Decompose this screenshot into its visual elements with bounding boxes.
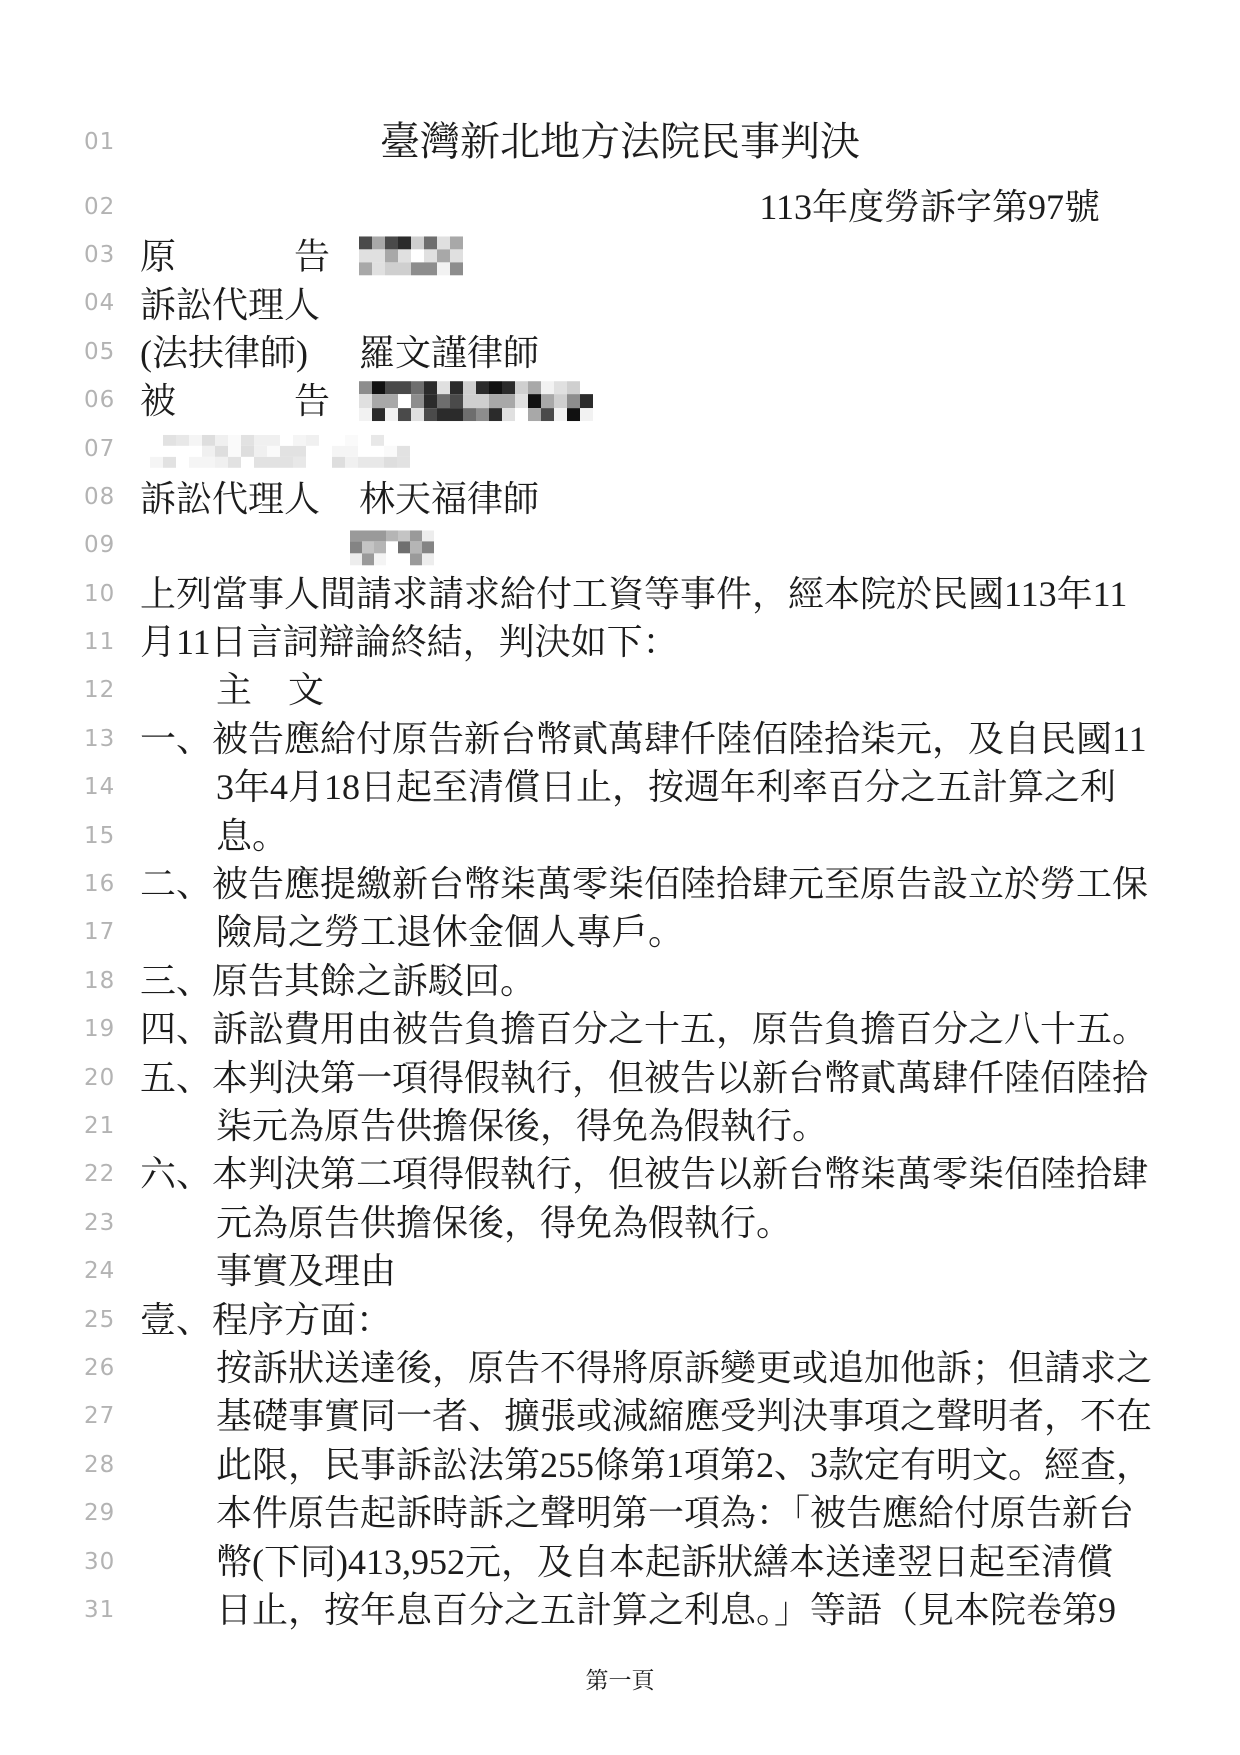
body-text: 月11日言詞辯論終結，判決如下： <box>140 624 1100 660</box>
doc-row-13: 13 一、被告應給付原告新台幣貳萬肆仟陸佰陸拾柒元，及自民國11 <box>0 715 1240 763</box>
body-text: 按訴狀送達後，原告不得將原訴變更或追加他訴；但請求之 <box>140 1350 1100 1386</box>
redacted-plaintiff-name <box>359 237 463 276</box>
body-text: 三、原告其餘之訴駁回。 <box>140 963 1100 999</box>
doc-row-23: 23 元為原告供擔保後，得免為假執行。 <box>0 1199 1240 1247</box>
page-footer: 第一頁 <box>0 1662 1240 1695</box>
line-number: 30 <box>84 1549 115 1575</box>
document-title: 臺灣新北地方法院民事判決 <box>380 119 860 164</box>
doc-row-29: 29 本件原告起訴時訴之聲明第一項為：「被告應給付原告新台 <box>0 1489 1240 1537</box>
doc-row-26: 26 按訴狀送達後，原告不得將原訴變更或追加他訴；但請求之 <box>0 1344 1240 1392</box>
body-text: 元為原告供擔保後，得免為假執行。 <box>140 1205 1100 1241</box>
body-text: 息。 <box>140 818 1100 854</box>
party-label-legal-aid: (法扶律師) <box>140 336 330 372</box>
line-number: 02 <box>84 194 115 220</box>
redacted-defendant-name <box>359 381 599 421</box>
line-number: 24 <box>84 1258 115 1284</box>
line-number: 01 <box>84 129 115 155</box>
line-number: 11 <box>84 629 115 655</box>
doc-row-03: 03 原告 <box>0 231 1240 279</box>
body-text: 本件原告起訴時訴之聲明第一項為：「被告應給付原告新台 <box>140 1495 1100 1531</box>
doc-row-04: 04 訴訟代理人 <box>0 279 1240 327</box>
doc-row-24: 24 事實及理由 <box>0 1247 1240 1295</box>
case-number: 113年度勞訴字第97號 <box>759 187 1100 227</box>
doc-row-02: 02 113年度勞訴字第97號 <box>0 182 1240 230</box>
party-label-defendant: 被告 <box>140 383 330 419</box>
doc-row-31: 31 日止，按年息百分之五計算之利息。」等語（見本院卷第9 <box>0 1586 1240 1634</box>
line-number: 09 <box>84 532 115 558</box>
line-number: 23 <box>84 1210 115 1236</box>
line-number: 14 <box>84 774 115 800</box>
doc-row-15: 15 息。 <box>0 811 1240 859</box>
judgment-page: 01 臺灣新北地方法院民事判決 02 113年度勞訴字第97號 03 原告 04… <box>0 0 1240 1755</box>
doc-row-30: 30 幣(下同)413,952元，及自本起訴狀繕本送達翌日起至清償 <box>0 1537 1240 1585</box>
line-number: 13 <box>84 726 115 752</box>
body-text: 二、被告應提繳新台幣柒萬零柒佰陸拾肆元至原告設立於勞工保 <box>140 866 1100 902</box>
body-text: 壹、程序方面： <box>140 1302 1100 1338</box>
line-number: 20 <box>84 1065 115 1091</box>
section-heading-main-text: 主 文 <box>140 672 1100 708</box>
body-text: 柒元為原告供擔保後，得免為假執行。 <box>140 1108 1100 1144</box>
doc-row-10: 10 上列當事人間請求請求給付工資等事件，經本院於民國113年11 <box>0 570 1240 618</box>
attorney-name: 林天福律師 <box>359 479 539 519</box>
section-heading-facts-reasons: 事實及理由 <box>140 1253 1100 1289</box>
doc-row-21: 21 柒元為原告供擔保後，得免為假執行。 <box>0 1102 1240 1150</box>
doc-row-08: 08 訴訟代理人 林天福律師 <box>0 473 1240 521</box>
doc-row-14: 14 3年4月18日起至清償日止，按週年利率百分之五計算之利 <box>0 763 1240 811</box>
line-number: 03 <box>84 242 115 268</box>
doc-row-25: 25 壹、程序方面： <box>0 1295 1240 1343</box>
line-number: 31 <box>84 1597 115 1623</box>
body-text: 五、本判決第一項得假執行，但被告以新台幣貳萬肆仟陸佰陸拾 <box>140 1060 1100 1096</box>
doc-row-01: 01 臺灣新北地方法院民事判決 <box>0 118 1240 166</box>
body-text: 此限，民事訴訟法第255條第1項第2、3款定有明文。經查， <box>140 1447 1100 1483</box>
line-number: 25 <box>84 1307 115 1333</box>
line-number: 29 <box>84 1500 115 1526</box>
body-text: 基礎事實同一者、擴張或減縮應受判決事項之聲明者，不在 <box>140 1398 1100 1434</box>
line-number: 19 <box>84 1016 115 1042</box>
body-text: 四、訴訟費用由被告負擔百分之十五，原告負擔百分之八十五。 <box>140 1011 1100 1047</box>
body-text: 一、被告應給付原告新台幣貳萬肆仟陸佰陸拾柒元，及自民國11 <box>140 721 1100 757</box>
line-number: 26 <box>84 1355 115 1381</box>
doc-row-18: 18 三、原告其餘之訴駁回。 <box>0 957 1240 1005</box>
line-number: 27 <box>84 1403 115 1429</box>
line-number: 17 <box>84 919 115 945</box>
line-number: 21 <box>84 1113 115 1139</box>
doc-row-19: 19 四、訴訟費用由被告負擔百分之十五，原告負擔百分之八十五。 <box>0 1005 1240 1053</box>
party-label-attorney: 訴訟代理人 <box>140 481 330 517</box>
doc-row-11: 11 月11日言詞辯論終結，判決如下： <box>0 618 1240 666</box>
doc-row-22: 22 六、本判決第二項得假執行，但被告以新台幣柒萬零柒佰陸拾肆 <box>0 1150 1240 1198</box>
line-number: 15 <box>84 823 115 849</box>
document-body: 01 臺灣新北地方法院民事判決 02 113年度勞訴字第97號 03 原告 04… <box>0 0 1240 1634</box>
body-text: 險局之勞工退休金個人專戶。 <box>140 914 1100 950</box>
redacted-defendant-info <box>150 435 412 468</box>
doc-row-07: 07 <box>0 424 1240 472</box>
line-number: 16 <box>84 871 115 897</box>
line-number: 08 <box>84 484 115 510</box>
line-number: 28 <box>84 1452 115 1478</box>
body-text: 日止，按年息百分之五計算之利息。」等語（見本院卷第9 <box>140 1592 1100 1628</box>
doc-row-20: 20 五、本判決第一項得假執行，但被告以新台幣貳萬肆仟陸佰陸拾 <box>0 1053 1240 1101</box>
doc-row-09: 09 <box>0 521 1240 569</box>
doc-row-17: 17 險局之勞工退休金個人專戶。 <box>0 908 1240 956</box>
doc-row-28: 28 此限，民事訴訟法第255條第1項第2、3款定有明文。經查， <box>0 1441 1240 1489</box>
line-number: 10 <box>84 581 115 607</box>
doc-row-12: 12 主 文 <box>0 666 1240 714</box>
party-label-plaintiff: 原告 <box>140 238 330 274</box>
redacted-text <box>350 530 444 565</box>
line-number: 18 <box>84 968 115 994</box>
body-text: 3年4月18日起至清償日止，按週年利率百分之五計算之利 <box>140 769 1100 805</box>
line-number: 12 <box>84 677 115 703</box>
line-number: 04 <box>84 290 115 316</box>
party-label-attorney: 訴訟代理人 <box>140 287 330 323</box>
line-number: 05 <box>84 339 115 365</box>
line-number: 06 <box>84 387 115 413</box>
attorney-name: 羅文謹律師 <box>359 334 539 374</box>
doc-row-27: 27 基礎事實同一者、擴張或減縮應受判決事項之聲明者，不在 <box>0 1392 1240 1440</box>
doc-row-16: 16 二、被告應提繳新台幣柒萬零柒佰陸拾肆元至原告設立於勞工保 <box>0 860 1240 908</box>
line-number: 22 <box>84 1161 115 1187</box>
doc-row-06: 06 被告 <box>0 376 1240 424</box>
body-text: 上列當事人間請求請求給付工資等事件，經本院於民國113年11 <box>140 576 1100 612</box>
body-text: 六、本判決第二項得假執行，但被告以新台幣柒萬零柒佰陸拾肆 <box>140 1156 1100 1192</box>
line-number: 07 <box>84 436 115 462</box>
doc-row-05: 05 (法扶律師) 羅文謹律師 <box>0 328 1240 376</box>
body-text: 幣(下同)413,952元，及自本起訴狀繕本送達翌日起至清償 <box>140 1544 1100 1580</box>
